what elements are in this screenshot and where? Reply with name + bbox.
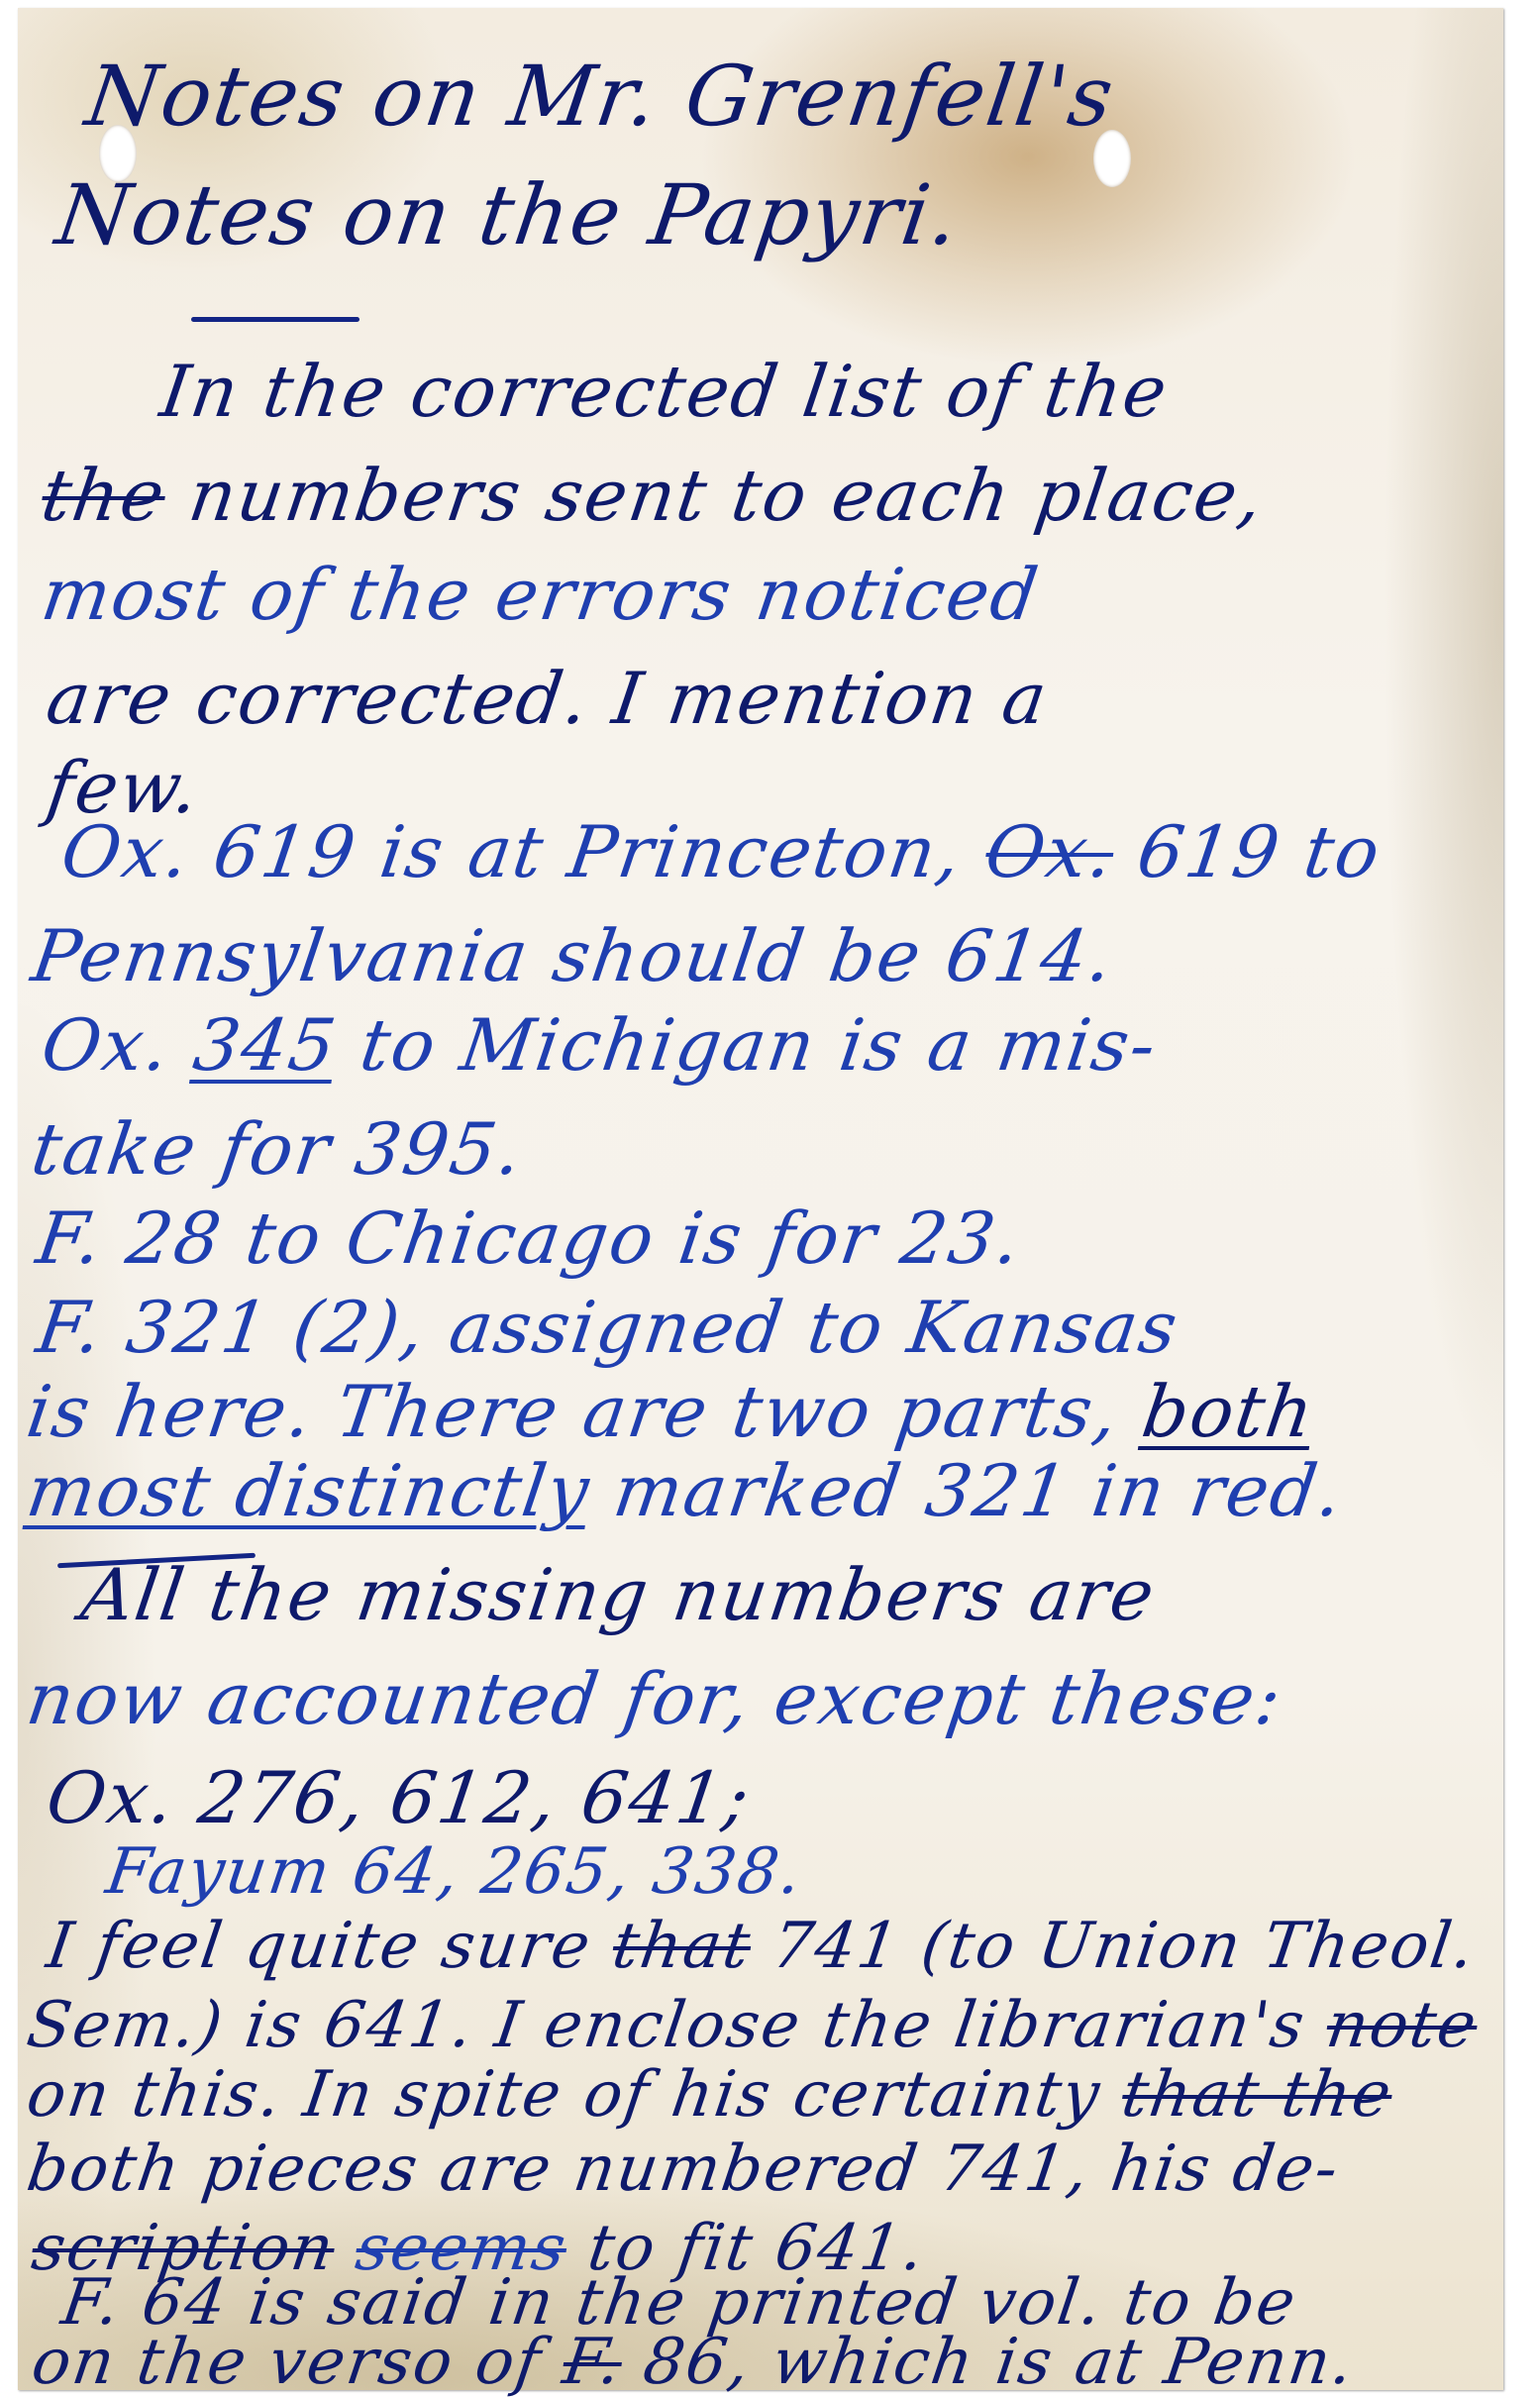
struck-word: note [1322,1989,1483,2062]
underlined-number: 345 [189,1003,343,1087]
paragraph3-line-1-prefix: I feel quite sure [43,1910,596,1983]
paragraph3-line-2-prefix: Sem.) is 641. I enclose the librarian's [23,1989,1310,2062]
struck-word: that [608,1910,756,1983]
paragraph3-line-1-suffix: 741 (to Union Theol. [768,1910,1480,1983]
paragraph1-line-2-text: numbers sent to each place, [184,454,1270,537]
missing-list-item-2: Fayum 64, 265, 338. [102,1835,807,1909]
correction4-line-3: most distinctly marked 321 in red. [22,1449,1349,1532]
correction1-prefix: Ox. 619 is at Princeton, [56,810,968,893]
paragraph3-line-3: on this. In spite of his certainty that … [23,2058,1397,2132]
title-line-2: Notes on the Papyri. [51,166,967,263]
struck-words: that the [1117,2058,1396,2132]
paragraph4-line-2-suffix: 86, which is at Penn. [639,2326,1359,2397]
paragraph3-line-2: Sem.) is 641. I enclose the librarian's … [23,1989,1483,2062]
paragraph3-line-1: I feel quite sure that 741 (to Union The… [43,1910,1481,1983]
correction1-line-1: Ox. 619 is at Princeton, Ox. 619 to [56,810,1386,893]
paragraph1-line-3: most of the errors noticed [37,553,1045,636]
struck-word: the [37,454,171,537]
correction1-suffix: 619 to [1132,810,1386,893]
title-line-1: Notes on Mr. Grenfell's [80,48,1121,145]
correction2-line-1: Ox. 345 to Michigan is a mis- [37,1003,1163,1087]
paragraph4-line-2: on the verso of F. 86, which is at Penn. [28,2326,1359,2397]
manuscript-page: Notes on Mr. Grenfell's Notes on the Pap… [18,8,1503,2390]
correction4-line-2-text: is here. There are two parts, [22,1370,1124,1453]
title-divider-rule [191,317,359,322]
paragraph3-line-4: both pieces are numbered 741, his de- [23,2133,1344,2206]
underlined-phrase: most distinctly [22,1449,596,1532]
correction4-line-3-text: marked 321 in red. [609,1449,1349,1532]
correction4-line-1: F. 321 (2), assigned to Kansas [32,1286,1183,1369]
correction4-line-2: is here. There are two parts, both [22,1370,1320,1453]
struck-word: F. [559,2326,627,2397]
paragraph1-line-1: In the corrected list of the [155,350,1174,433]
paragraph4-line-2-prefix: on the verso of [28,2326,547,2397]
underlined-word: both [1137,1370,1320,1453]
struck-word: Ox. [980,810,1119,893]
missing-list-item-1: Ox. 276, 612, 641; [42,1756,756,1839]
paragraph3-line-3-prefix: on this. In spite of his certainty [23,2058,1106,2132]
paragraph2-line-1: All the missing numbers are [76,1553,1161,1636]
correction2-line-2: take for 395. [27,1107,528,1191]
paragraph1-line-2: the numbers sent to each place, [37,454,1269,537]
paragraph1-line-4: are corrected. I mention a [42,657,1054,740]
correction3-line-1: F. 28 to Chicago is for 23. [32,1197,1027,1280]
correction1-line-2: Pennsylvania should be 614. [27,914,1119,997]
correction2-prefix: Ox. [37,1003,175,1087]
paragraph2-line-2: now accounted for, except these: [22,1657,1287,1740]
correction2-suffix: to Michigan is a mis- [356,1003,1163,1087]
